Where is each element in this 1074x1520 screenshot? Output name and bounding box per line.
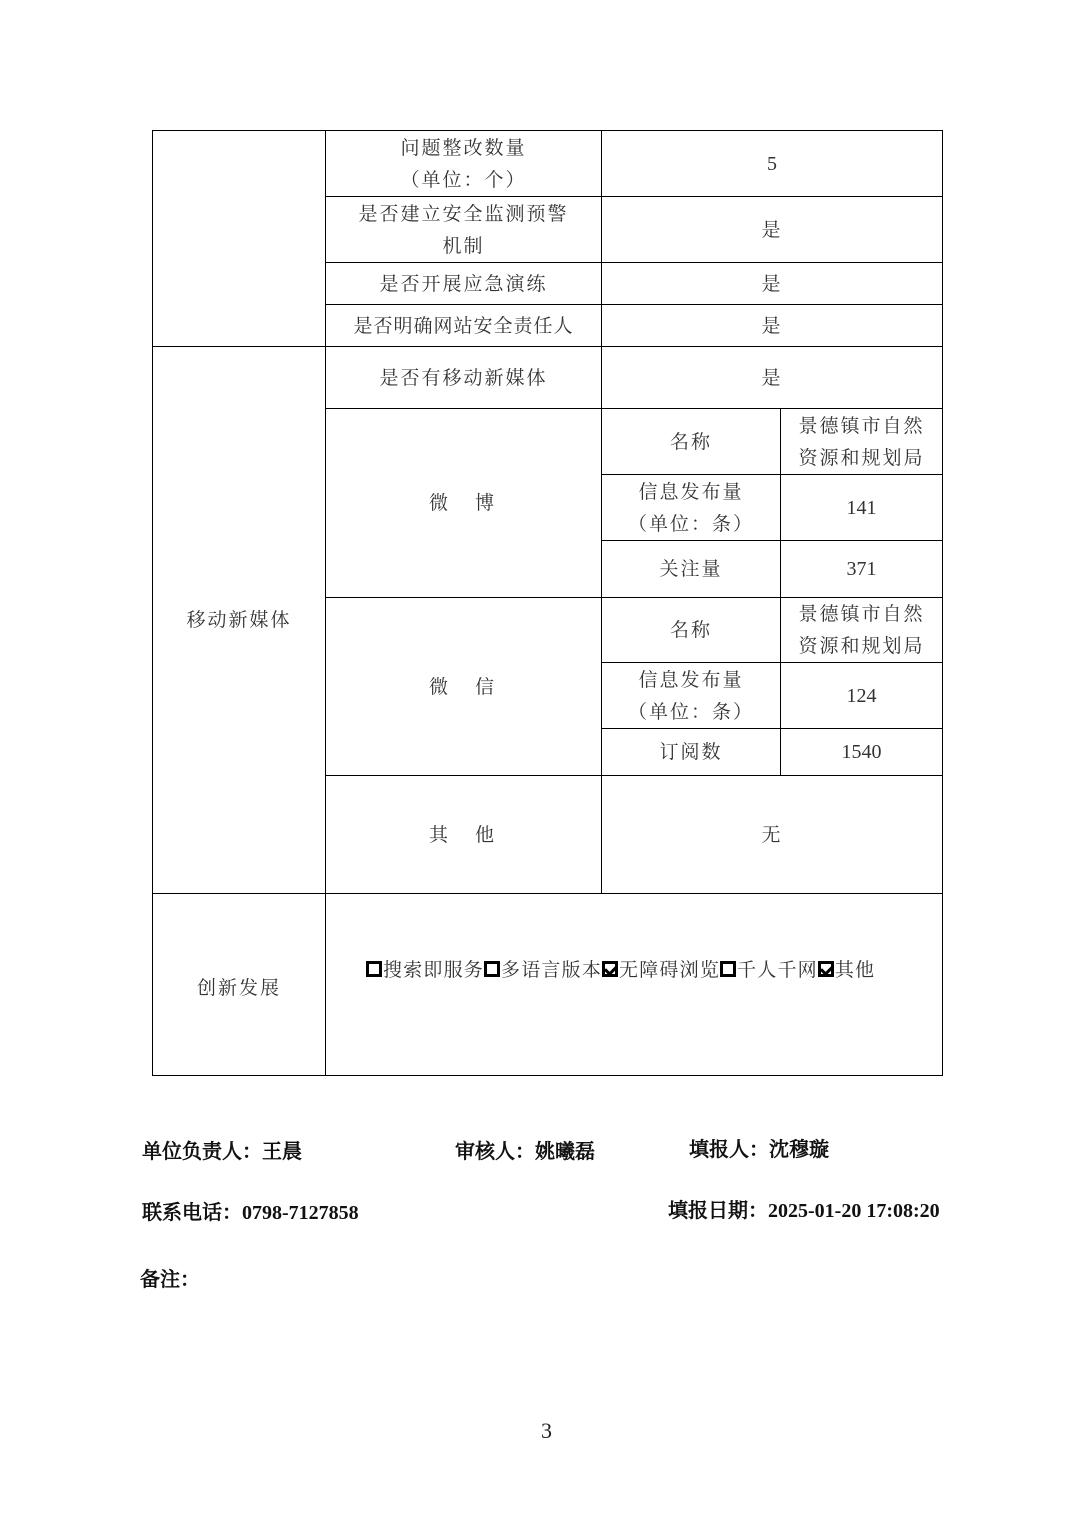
weibo-posts-value: 141 — [781, 475, 942, 540]
has-mobile-media-label: 是否有移动新媒体 — [326, 347, 601, 408]
has-mobile-media-value: 是 — [602, 347, 942, 408]
table-border-right — [942, 130, 943, 1076]
wechat-subscribers-value: 1540 — [781, 729, 942, 775]
wechat-name-label: 名称 — [602, 598, 780, 662]
weibo-posts-label: 信息发布量 （单位：条） — [602, 475, 780, 540]
option-label: 千人千网 — [737, 955, 818, 982]
option-label: 搜索即服务 — [383, 955, 484, 982]
wechat-name-value: 景德镇市自然 资源和规划局 — [781, 598, 942, 662]
reviewer: 审核人：姚曦磊 — [455, 1135, 595, 1164]
weibo-name-value: 景德镇市自然 资源和规划局 — [781, 409, 942, 474]
weibo-name-label: 名称 — [602, 409, 780, 474]
wechat-posts-value: 124 — [781, 663, 942, 728]
checkbox-personalized[interactable] — [720, 961, 736, 977]
other-media-label: 其 他 — [326, 776, 601, 893]
innovation-options: 搜索即服务 多语言版本 无障碍浏览 千人千网 其他 — [366, 955, 875, 982]
monitoring-mechanism-value: 是 — [602, 197, 942, 262]
checkbox-accessibility[interactable] — [602, 961, 618, 977]
unit-head: 单位负责人：王晨 — [142, 1135, 302, 1164]
fill-date: 填报日期：2025-01-20 17:08:20 — [668, 1194, 940, 1223]
other-media-value: 无 — [602, 776, 942, 893]
table-border-bottom — [152, 1075, 943, 1076]
weibo-followers-value: 371 — [781, 541, 942, 597]
wechat-subscribers-label: 订阅数 — [602, 729, 780, 775]
checkbox-multilingual[interactable] — [484, 961, 500, 977]
mobile-media-section-label: 移动新媒体 — [153, 347, 325, 893]
rectification-count-label: 问题整改数量 （单位：个） — [326, 131, 601, 196]
wechat-label: 微 信 — [326, 598, 601, 775]
checkbox-other[interactable] — [818, 961, 834, 977]
emergency-drill-value: 是 — [602, 263, 942, 304]
option-label: 其他 — [835, 955, 875, 982]
remarks: 备注： — [140, 1263, 200, 1292]
rectification-count-value: 5 — [602, 131, 942, 196]
contact-phone: 联系电话：0798-7127858 — [142, 1196, 359, 1225]
monitoring-mechanism-label: 是否建立安全监测预警 机制 — [326, 197, 601, 262]
wechat-posts-label: 信息发布量 （单位：条） — [602, 663, 780, 728]
security-officer-value: 是 — [602, 305, 942, 346]
option-label: 多语言版本 — [501, 955, 602, 982]
security-officer-label: 是否明确网站安全责任人 — [326, 305, 601, 346]
innovation-section-label: 创新发展 — [153, 894, 325, 1075]
weibo-followers-label: 关注量 — [602, 541, 780, 597]
weibo-label: 微 博 — [326, 409, 601, 597]
page-number: 3 — [541, 1418, 552, 1444]
filler: 填报人：沈穆璇 — [689, 1133, 829, 1162]
option-label: 无障碍浏览 — [619, 955, 720, 982]
emergency-drill-label: 是否开展应急演练 — [326, 263, 601, 304]
checkbox-search-as-service[interactable] — [366, 961, 382, 977]
